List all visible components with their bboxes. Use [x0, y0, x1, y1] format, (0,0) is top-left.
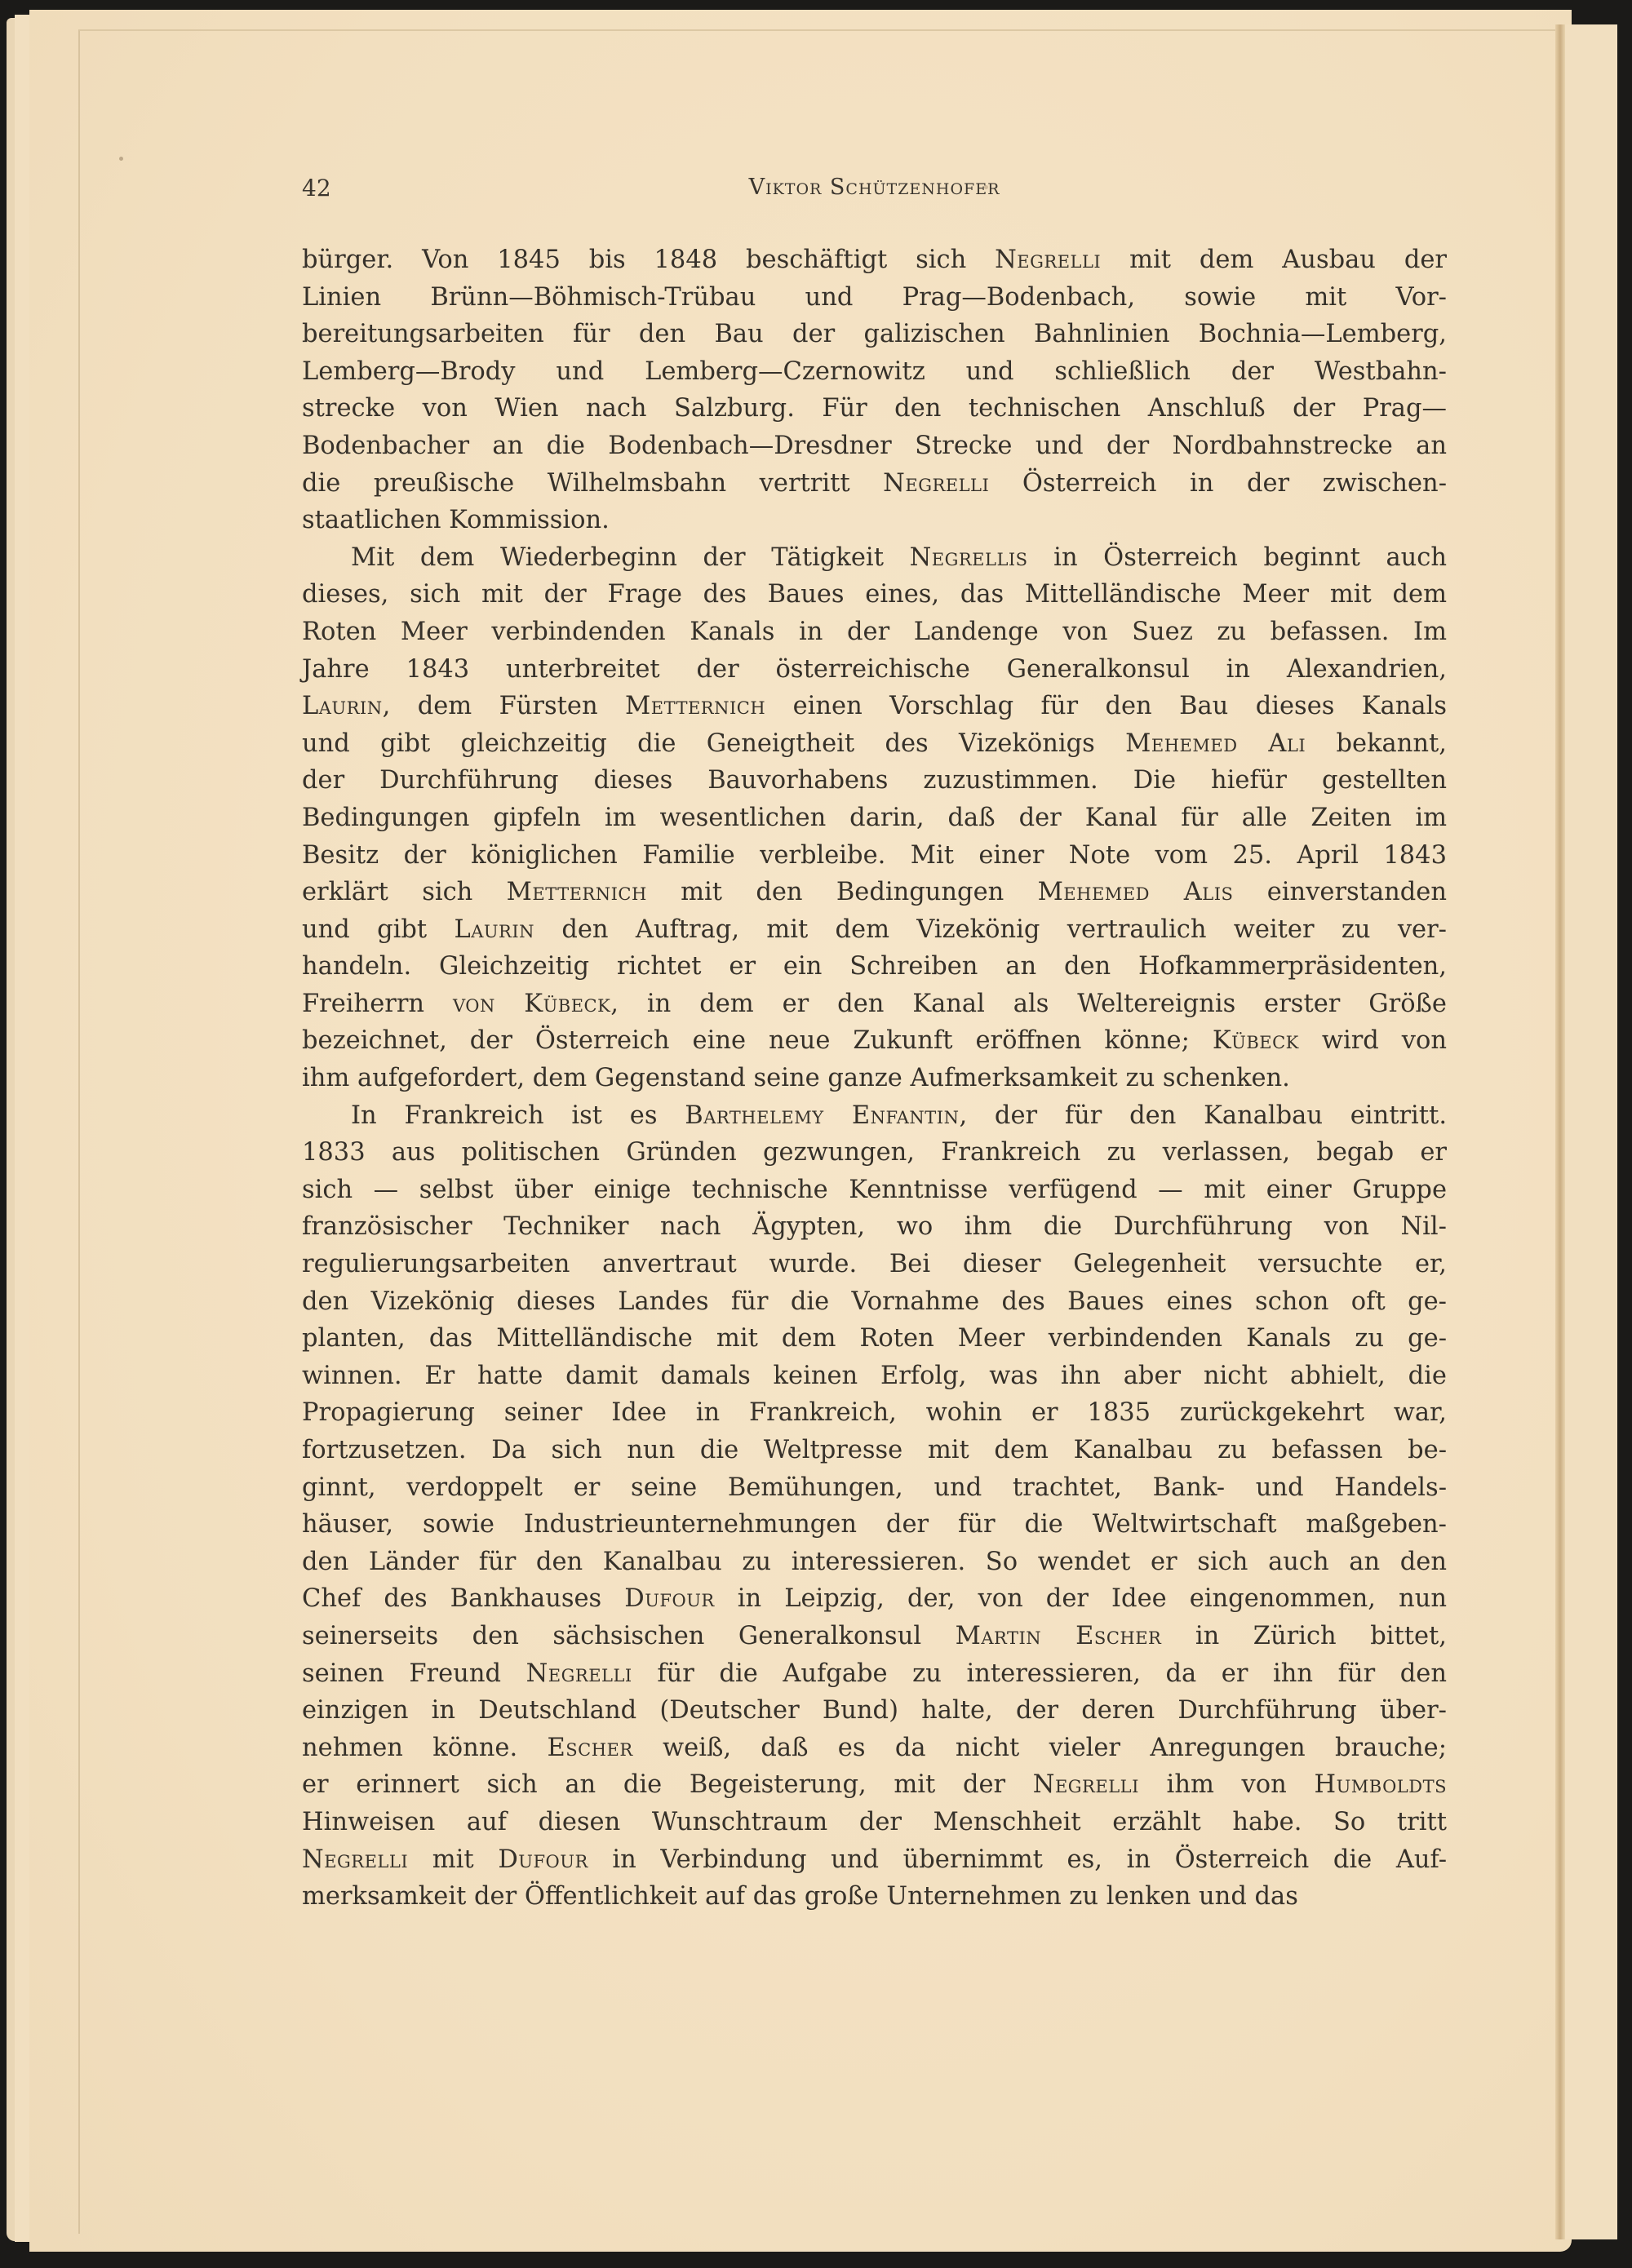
text-run: Chef des Bankhauses [302, 1584, 624, 1613]
text-line: ihm aufgefordert, dem Gegenstand seine g… [302, 1060, 1447, 1097]
text-run: nehmen könne. [302, 1734, 548, 1762]
text-line: er erinnert sich an die Begeisterung, mi… [302, 1766, 1447, 1804]
text-run: fortzusetzen. Da sich nun die Weltpresse… [302, 1436, 1447, 1464]
text-line: häuser, sowie Industrieunternehmungen de… [302, 1506, 1447, 1544]
text-run: mit den Bedingungen [647, 878, 1038, 906]
text-run: einverstanden [1233, 878, 1447, 906]
person-name: Metternich [625, 692, 765, 720]
text-line: Freiherrn von Kübeck, in dem er den Kana… [302, 986, 1447, 1023]
person-name: Negrelli [883, 469, 989, 498]
text-line: einzigen in Deutschland (Deutscher Bund)… [302, 1692, 1447, 1730]
text-line: Hinweisen auf diesen Wunschtraum der Men… [302, 1804, 1447, 1841]
text-run: staatlichen Kommission. [302, 506, 610, 534]
text-run: mit dem Ausbau der [1101, 246, 1447, 274]
text-run: in Leipzig, der, von der Idee eingenomme… [715, 1584, 1447, 1613]
text-run: und gibt gleichzeitig die Geneigtheit de… [302, 729, 1125, 758]
text-line: nehmen könne. Escher weiß, daß es da nic… [302, 1730, 1447, 1767]
text-line: Besitz der königlichen Familie verbleibe… [302, 837, 1447, 875]
text-line: Jahre 1843 unterbreitet der österreichis… [302, 651, 1447, 689]
text-line: Bodenbacher an die Bodenbach—Dresdner St… [302, 427, 1447, 465]
next-page-edge [1565, 24, 1617, 2239]
paper-speck [119, 157, 123, 161]
text-line: und gibt Laurin den Auftrag, mit dem Viz… [302, 911, 1447, 949]
text-run: , der für den Kanalbau eintritt. [959, 1101, 1447, 1130]
text-run: in Österreich beginnt auch [1028, 543, 1447, 572]
person-name: Metternich [507, 878, 647, 906]
person-name: Negrelli [995, 246, 1101, 274]
text-run: einzigen in Deutschland (Deutscher Bund)… [302, 1696, 1447, 1725]
text-run: für die Aufgabe zu interessieren, da er … [632, 1659, 1447, 1688]
text-run: In Frankreich ist es [351, 1101, 685, 1130]
running-title: Viktor Schützenhofer [302, 175, 1447, 200]
text-line: 1833 aus politischen Gründen gezwungen, … [302, 1134, 1447, 1172]
text-line: Negrelli mit Dufour in Verbindung und üb… [302, 1841, 1447, 1879]
text-run: bekannt, [1306, 729, 1447, 758]
text-line: regulierungsarbeiten anvertraut wurde. B… [302, 1246, 1447, 1283]
person-name: Kübeck [1213, 1026, 1299, 1055]
text-line: Linien Brünn—Böhmisch-Trübau und Prag—Bo… [302, 279, 1447, 317]
body-text: bürger. Von 1845 bis 1848 beschäftigt si… [302, 241, 1447, 1916]
text-run: bereitungsarbeiten für den Bau der galiz… [302, 320, 1447, 348]
text-line: ginnt, verdoppelt er seine Bemühungen, u… [302, 1469, 1447, 1507]
text-run: den Vizekönig dieses Landes für die Vorn… [302, 1287, 1447, 1316]
page-fold [1555, 24, 1565, 2239]
text-line: Chef des Bankhauses Dufour in Leipzig, d… [302, 1580, 1447, 1618]
text-run: seinen Freund [302, 1659, 526, 1688]
text-run: weiß, daß es da nicht vieler Anregungen … [633, 1734, 1447, 1762]
person-name: von Kübeck [453, 990, 610, 1018]
text-line: winnen. Er hatte damit damals keinen Erf… [302, 1358, 1447, 1395]
text-run: winnen. Er hatte damit damals keinen Erf… [302, 1362, 1447, 1390]
text-run: in Verbindung und übernimmt es, in Öster… [588, 1845, 1447, 1874]
text-line: Lemberg—Brody und Lemberg—Czernowitz und… [302, 353, 1447, 391]
text-run: Lemberg—Brody und Lemberg—Czernowitz und… [302, 357, 1447, 386]
text-line: Propagierung seiner Idee in Frankreich, … [302, 1394, 1447, 1432]
text-run: strecke von Wien nach Salzburg. Für den … [302, 394, 1447, 423]
text-run: Mit dem Wiederbeginn der Tätigkeit [351, 543, 910, 572]
text-run: Bedingungen gipfeln im wesentlichen dari… [302, 804, 1447, 832]
text-run: seinerseits den sächsischen Generalkonsu… [302, 1622, 956, 1650]
person-name: Laurin [454, 915, 534, 944]
text-run: Österreich in der zwischen- [989, 469, 1447, 498]
text-run: Freiherrn [302, 990, 453, 1018]
text-run: regulierungsarbeiten anvertraut wurde. B… [302, 1250, 1447, 1278]
text-run: , dem Fürsten [383, 692, 625, 720]
text-line: bezeichnet, der Österreich eine neue Zuk… [302, 1022, 1447, 1060]
text-run: französischer Techniker nach Ägypten, wo… [302, 1212, 1447, 1241]
text-line: seinen Freund Negrelli für die Aufgabe z… [302, 1655, 1447, 1693]
text-line: die preußische Wilhelmsbahn vertritt Neg… [302, 465, 1447, 503]
running-header: 42 Viktor Schützenhofer [302, 175, 1447, 207]
person-name: Dufour [498, 1845, 588, 1874]
person-name: Escher [548, 1734, 633, 1762]
text-run: Bodenbacher an die Bodenbach—Dresdner St… [302, 432, 1447, 460]
text-run: Propagierung seiner Idee in Frankreich, … [302, 1398, 1447, 1427]
text-line: planten, das Mittelländische mit dem Rot… [302, 1320, 1447, 1358]
text-run: Roten Meer verbindenden Kanals in der La… [302, 618, 1447, 646]
text-run: handeln. Gleichzeitig richtet er ein Sch… [302, 952, 1447, 981]
text-line: bereitungsarbeiten für den Bau der galiz… [302, 316, 1447, 353]
text-line: Bedingungen gipfeln im wesentlichen dari… [302, 800, 1447, 837]
text-run: ginnt, verdoppelt er seine Bemühungen, u… [302, 1473, 1447, 1502]
text-line: bürger. Von 1845 bis 1848 beschäftigt si… [302, 241, 1447, 279]
text-line: handeln. Gleichzeitig richtet er ein Sch… [302, 948, 1447, 986]
text-line: den Vizekönig dieses Landes für die Vorn… [302, 1283, 1447, 1321]
person-name: Negrellis [910, 543, 1028, 572]
text-run: erklärt sich [302, 878, 507, 906]
text-line: erklärt sich Metternich mit den Bedingun… [302, 874, 1447, 911]
person-name: Negrelli [302, 1845, 408, 1874]
text-run: mit [408, 1845, 498, 1874]
text-run: und gibt [302, 915, 454, 944]
person-name: Barthelemy Enfantin [685, 1101, 959, 1130]
text-run: er erinnert sich an die Begeisterung, mi… [302, 1770, 1033, 1799]
person-name: Martin Escher [956, 1622, 1162, 1650]
text-run: Besitz der königlichen Familie verbleibe… [302, 841, 1447, 870]
text-run: der Durchführung dieses Bauvorhabens zuz… [302, 766, 1447, 795]
text-line: dieses, sich mit der Frage des Baues ein… [302, 576, 1447, 614]
text-run: sich — selbst über einige technische Ken… [302, 1176, 1447, 1204]
paragraph: bürger. Von 1845 bis 1848 beschäftigt si… [302, 241, 1447, 539]
text-run: den Länder für den Kanalbau zu interessi… [302, 1548, 1447, 1576]
person-name: Mehemed Ali [1125, 729, 1306, 758]
text-run: in Zürich bittet, [1161, 1622, 1447, 1650]
text-line: und gibt gleichzeitig die Geneigtheit de… [302, 725, 1447, 763]
text-line: Roten Meer verbindenden Kanals in der La… [302, 614, 1447, 651]
paragraph: In Frankreich ist es Barthelemy Enfantin… [302, 1097, 1447, 1916]
text-line: den Länder für den Kanalbau zu interessi… [302, 1544, 1447, 1581]
person-name: Negrelli [526, 1659, 632, 1688]
text-line: französischer Techniker nach Ägypten, wo… [302, 1208, 1447, 1246]
text-line: seinerseits den sächsischen Generalkonsu… [302, 1618, 1447, 1655]
text-run: dieses, sich mit der Frage des Baues ein… [302, 580, 1447, 609]
text-run: ihm von [1139, 1770, 1315, 1799]
text-line: In Frankreich ist es Barthelemy Enfantin… [302, 1097, 1447, 1135]
text-line: Laurin, dem Fürsten Metternich einen Vor… [302, 688, 1447, 725]
text-line: staatlichen Kommission. [302, 502, 1447, 539]
text-run: bürger. Von 1845 bis 1848 beschäftigt si… [302, 246, 995, 274]
text-run: die preußische Wilhelmsbahn vertritt [302, 469, 883, 498]
text-line: der Durchführung dieses Bauvorhabens zuz… [302, 762, 1447, 800]
text-run: Hinweisen auf diesen Wunschtraum der Men… [302, 1808, 1447, 1836]
text-line: merksamkeit der Öffentlichkeit auf das g… [302, 1878, 1447, 1916]
text-run: wird von [1299, 1026, 1447, 1055]
text-run: ihm aufgefordert, dem Gegenstand seine g… [302, 1064, 1290, 1092]
text-line: strecke von Wien nach Salzburg. Für den … [302, 390, 1447, 427]
paragraph: Mit dem Wiederbeginn der Tätigkeit Negre… [302, 539, 1447, 1097]
person-name: Dufour [624, 1584, 714, 1613]
text-run: merksamkeit der Öffentlichkeit auf das g… [302, 1882, 1298, 1911]
person-name: Mehemed Alis [1038, 878, 1234, 906]
text-run: Linien Brünn—Böhmisch-Trübau und Prag—Bo… [302, 283, 1447, 312]
text-run: häuser, sowie Industrieunternehmungen de… [302, 1510, 1447, 1539]
text-run: den Auftrag, mit dem Vizekönig vertrauli… [534, 915, 1447, 944]
text-run: , in dem er den Kanal als Weltereignis e… [610, 990, 1447, 1018]
text-run: bezeichnet, der Österreich eine neue Zuk… [302, 1026, 1213, 1055]
text-line: sich — selbst über einige technische Ken… [302, 1172, 1447, 1209]
person-name: Humboldts [1314, 1770, 1447, 1799]
person-name: Laurin [302, 692, 383, 720]
text-run: 1833 aus politischen Gründen gezwungen, … [302, 1138, 1447, 1167]
text-run: Jahre 1843 unterbreitet der österreichis… [302, 655, 1447, 684]
text-run: planten, das Mittelländische mit dem Rot… [302, 1324, 1447, 1353]
text-line: fortzusetzen. Da sich nun die Weltpresse… [302, 1432, 1447, 1469]
text-line: Mit dem Wiederbeginn der Tätigkeit Negre… [302, 539, 1447, 577]
text-run: einen Vorschlag für den Bau dieses Kanal… [765, 692, 1447, 720]
person-name: Negrelli [1033, 1770, 1139, 1799]
